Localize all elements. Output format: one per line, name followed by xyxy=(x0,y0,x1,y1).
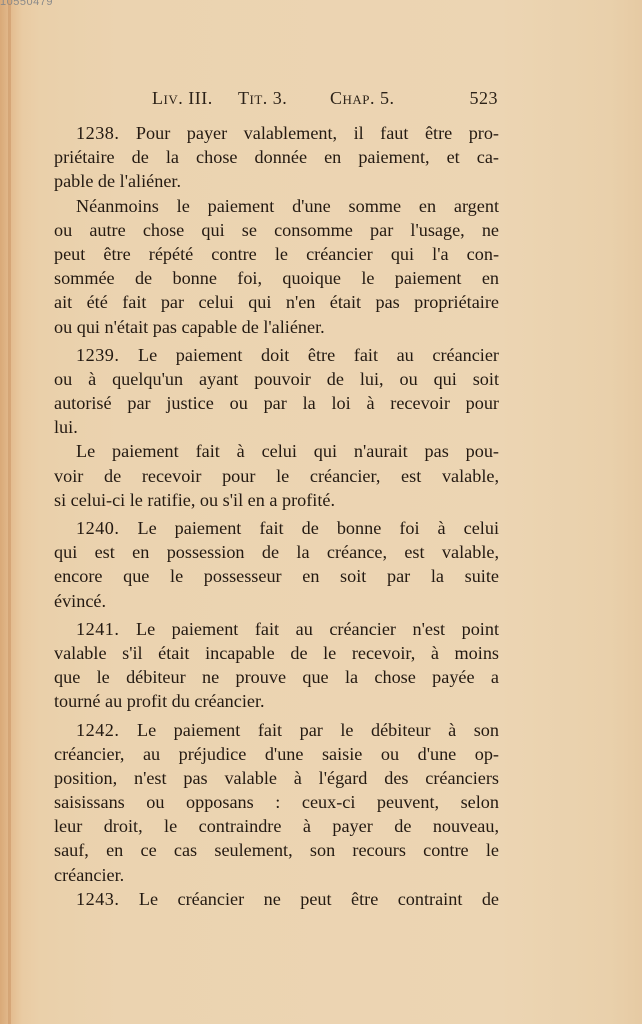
article-1240: 1240. Le paiement fait de bonne foi à ce… xyxy=(54,516,499,613)
header-livre: Liv. III. xyxy=(152,88,213,109)
text-line: position, n'est pas valable à l'égard de… xyxy=(54,766,499,790)
text-line: si celui-ci le ratifie, ou s'il en a pro… xyxy=(54,488,499,512)
text-line: 1242. Le paiement fait par le débiteur à… xyxy=(54,718,499,742)
article-1239: 1239. Le paiement doit être fait au créa… xyxy=(54,343,499,512)
article-1242: 1242. Le paiement fait par le débiteur à… xyxy=(54,718,499,887)
article-1241: 1241. Le paiement fait au créancier n'es… xyxy=(54,617,499,714)
text-line: encore que le possesseur en soit par la … xyxy=(54,564,499,588)
article-1238: 1238. Pour payer valablement, il faut êt… xyxy=(54,121,499,339)
article-number: 1242. xyxy=(76,720,119,740)
article-number: 1238. xyxy=(76,123,119,143)
article-number: 1241. xyxy=(76,619,119,639)
scan-stamp: 10550479 xyxy=(0,0,53,8)
body-text: 1238. Pour payer valablement, il faut êt… xyxy=(54,121,499,911)
text-line: autorisé par justice ou par la loi à rec… xyxy=(54,391,499,415)
text-line: sommée de bonne foi, quoique le paiement… xyxy=(54,266,499,290)
text-line: ou à quelqu'un ayant pouvoir de lui, ou … xyxy=(54,367,499,391)
text-line: valable s'il était incapable de le recev… xyxy=(54,641,499,665)
text-line: lui. xyxy=(54,415,499,439)
text-line: que le débiteur ne prouve que la chose p… xyxy=(54,665,499,689)
article-number: 1243. xyxy=(76,889,119,909)
running-header: Liv. III. Tit. 3. Chap. 5. 523 xyxy=(152,88,498,112)
text-line: 1243. Le créancier ne peut être contrain… xyxy=(54,887,499,911)
article-number: 1240. xyxy=(76,518,119,538)
text-line: sauf, en ce cas seulement, son recours c… xyxy=(54,838,499,862)
header-chapitre: Chap. 5. xyxy=(330,88,395,109)
text-line: 1239. Le paiement doit être fait au créa… xyxy=(54,343,499,367)
text-line: qui est en possession de la créance, est… xyxy=(54,540,499,564)
text-line: voir de recevoir pour le créancier, est … xyxy=(54,464,499,488)
text-line: 1240. Le paiement fait de bonne foi à ce… xyxy=(54,516,499,540)
header-titre: Tit. 3. xyxy=(238,88,287,109)
text-line: pable de l'aliéner. xyxy=(54,169,499,193)
article-1243: 1243. Le créancier ne peut être contrain… xyxy=(54,887,499,911)
text-line: 1238. Pour payer valablement, il faut êt… xyxy=(54,121,499,145)
text-line: Néanmoins le paiement d'une somme en arg… xyxy=(54,194,499,218)
text-line: priétaire de la chose donnée en paiement… xyxy=(54,145,499,169)
text-line: leur droit, le contraindre à payer de no… xyxy=(54,814,499,838)
text-line: peut être répété contre le créancier qui… xyxy=(54,242,499,266)
book-page: 10550479 Liv. III. Tit. 3. Chap. 5. 523 … xyxy=(0,0,642,1024)
text-line: Le paiement fait à celui qui n'aurait pa… xyxy=(54,439,499,463)
text-line: ait été fait par celui qui n'en était pa… xyxy=(54,290,499,314)
article-number: 1239. xyxy=(76,345,119,365)
text-line: créancier, au préjudice d'une saisie ou … xyxy=(54,742,499,766)
text-line: saisissans ou opposans : ceux-ci peuvent… xyxy=(54,790,499,814)
text-line: évincé. xyxy=(54,589,499,613)
text-line: 1241. Le paiement fait au créancier n'es… xyxy=(54,617,499,641)
text-line: tourné au profit du créancier. xyxy=(54,689,499,713)
text-line: créancier. xyxy=(54,863,499,887)
text-line: ou qui n'était pas capable de l'aliéner. xyxy=(54,315,499,339)
page-number: 523 xyxy=(470,88,499,109)
text-line: ou autre chose qui se consomme par l'usa… xyxy=(54,218,499,242)
